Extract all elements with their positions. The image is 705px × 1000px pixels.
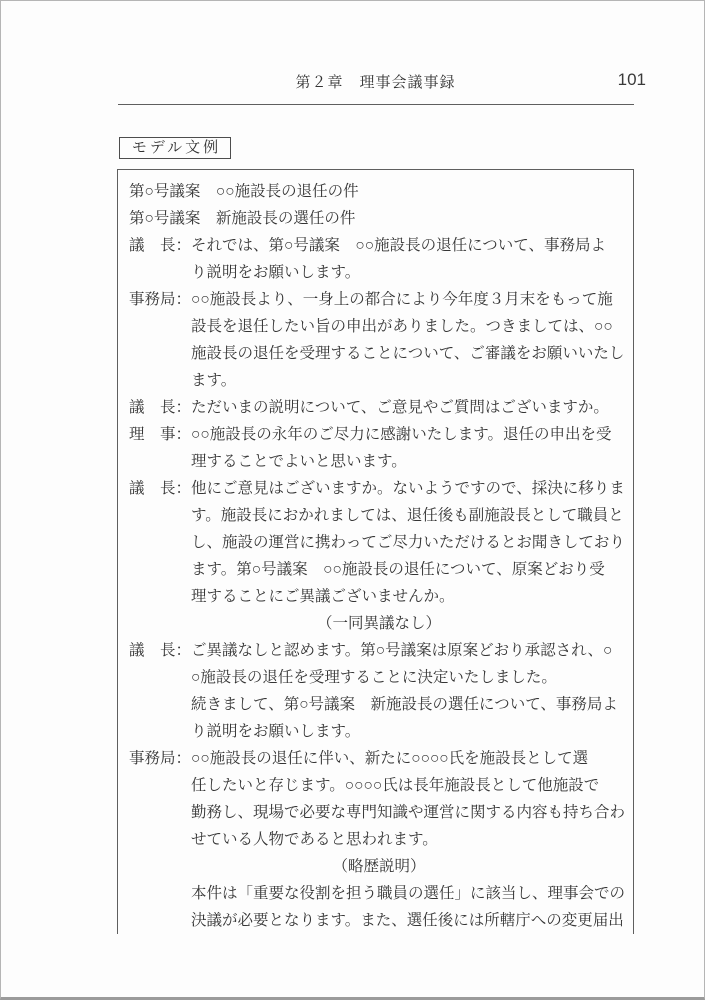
minutes-line: 議 長：ただいまの説明について、ご意見やご質問はございますか。 [129,394,629,421]
line-text: し、施設の運営に携わってご尽力いただけるとお聞きしており [191,534,625,551]
speaker-label: 議 長： [129,475,191,502]
line-text: 勤務し、現場で必要な専門知識や運営に関する内容も持ち合わ [191,804,625,821]
line-text: ただいまの説明について、ご意見やご質問はございますか。 [191,399,609,416]
page-number: 101 [561,70,646,90]
minutes-line: り説明をお願いします。 [129,718,629,745]
agenda-line: 第○号議案 ○○施設長の退任の件 [129,178,629,205]
line-text: ○○施設長より、一身上の都合により今年度３月末をもって施 [191,291,613,308]
line-text: り説明をお願いします。 [191,723,360,740]
minutes-line: す。施設長におかれましては、退任後も副施設長として職員と [129,502,629,529]
line-text: ○○施設長の退任に伴い、新たに○○○○氏を施設長として選 [191,750,588,767]
speaker-label: 事務局： [129,745,191,772]
line-text: す。施設長におかれましては、退任後も副施設長として職員と [191,507,624,524]
minutes-line: ○施設長の退任を受理することに決定いたしました。 [129,664,629,691]
minutes-line: り説明をお願いします。 [129,259,629,286]
speaker-label: 事務局： [129,286,191,313]
minutes-line: 理 事：○○施設長の永年のご尽力に感謝いたします。退任の申出を受 [129,421,629,448]
line-text: ○○施設長の永年のご尽力に感謝いたします。退任の申出を受 [191,426,612,443]
section-label-box: モデル文例 [119,137,231,159]
line-text: 任したいと存じます。○○○○氏は長年施設長として他施設で [191,777,599,794]
centered-note: （略歴説明） [129,853,629,880]
line-text: 第○号議案 新施設長の選任の件 [129,210,355,227]
minutes-line: ます。 [129,367,629,394]
speaker-label: 議 長： [129,394,191,421]
minutes-line: 事務局：○○施設長の退任に伴い、新たに○○○○氏を施設長として選 [129,745,629,772]
line-text: 本件は「重要な役割を担う職員の選任」に該当し、理事会での [191,885,625,902]
line-text: せている人物であると思われます。 [191,831,438,848]
minutes-line: 勤務し、現場で必要な専門知識や運営に関する内容も持ち合わ [129,799,629,826]
line-text: 続きまして、第○号議案 新施設長の選任について、事務局よ [191,696,618,713]
line-text: （一同異議なし） [317,615,441,632]
line-text: 第○号議案 ○○施設長の退任の件 [129,183,359,200]
minutes-line: 続きまして、第○号議案 新施設長の選任について、事務局よ [129,691,629,718]
minutes-example-box: 第○号議案 ○○施設長の退任の件 第○号議案 新施設長の選任の件 議 長：それで… [117,169,634,934]
line-text: 施設長の退任を受理することについて、ご審議をお願いいたし [191,345,624,362]
line-text: ○施設長の退任を受理することに決定いたしました。 [191,669,557,686]
speaker-label: 議 長： [129,637,191,664]
line-text: それでは、第○号議案 ○○施設長の退任について、事務局よ [191,237,606,254]
line-text: 理することでよいと思います。 [191,453,407,470]
line-text: 決議が必要となります。また、選任後には所轄庁への変更届出 [191,912,624,929]
minutes-line: 理することにご異議ございませんか。 [129,583,629,610]
minutes-line: ます。第○号議案 ○○施設長の退任について、原案どおり受 [129,556,629,583]
running-head: 第２章 理事会議事録 [117,71,634,92]
minutes-line: 議 長：それでは、第○号議案 ○○施設長の退任について、事務局よ [129,232,629,259]
minutes-line: せている人物であると思われます。 [129,826,629,853]
line-text: ご異議なしと認めます。第○号議案は原案どおり承認され、○ [191,642,612,659]
centered-note: （一同異議なし） [129,610,629,637]
minutes-line: 事務局：○○施設長より、一身上の都合により今年度３月末をもって施 [129,286,629,313]
minutes-line: 決議が必要となります。また、選任後には所轄庁への変更届出 [129,907,629,934]
line-text: り説明をお願いします。 [191,264,360,281]
minutes-line: 施設長の退任を受理することについて、ご審議をお願いいたし [129,340,629,367]
agenda-line: 第○号議案 新施設長の選任の件 [129,205,629,232]
line-text: 設長を退任したい旨の申出がありました。つきましては、○○ [191,318,613,335]
line-text: ます。 [191,372,236,389]
minutes-line: 本件は「重要な役割を担う職員の選任」に該当し、理事会での [129,880,629,907]
header-rule [118,104,634,105]
line-text: ます。第○号議案 ○○施設長の退任について、原案どおり受 [191,561,605,578]
speaker-label: 理 事： [129,421,191,448]
line-text: （略歴説明） [332,858,425,875]
minutes-line: 議 長：他にご意見はございますか。ないようですので、採決に移りま [129,475,629,502]
minutes-line: 任したいと存じます。○○○○氏は長年施設長として他施設で [129,772,629,799]
minutes-line: し、施設の運営に携わってご尽力いただけるとお聞きしており [129,529,629,556]
line-text: 他にご意見はございますか。ないようですので、採決に移りま [191,480,625,497]
minutes-line: 理することでよいと思います。 [129,448,629,475]
minutes-line: 議 長：ご異議なしと認めます。第○号議案は原案どおり承認され、○ [129,637,629,664]
line-text: 理することにご異議ございませんか。 [191,588,455,605]
speaker-label: 議 長： [129,232,191,259]
minutes-line: 設長を退任したい旨の申出がありました。つきましては、○○ [129,313,629,340]
book-page: 第２章 理事会議事録 101 モデル文例 第○号議案 ○○施設長の退任の件 第○… [0,0,705,1000]
